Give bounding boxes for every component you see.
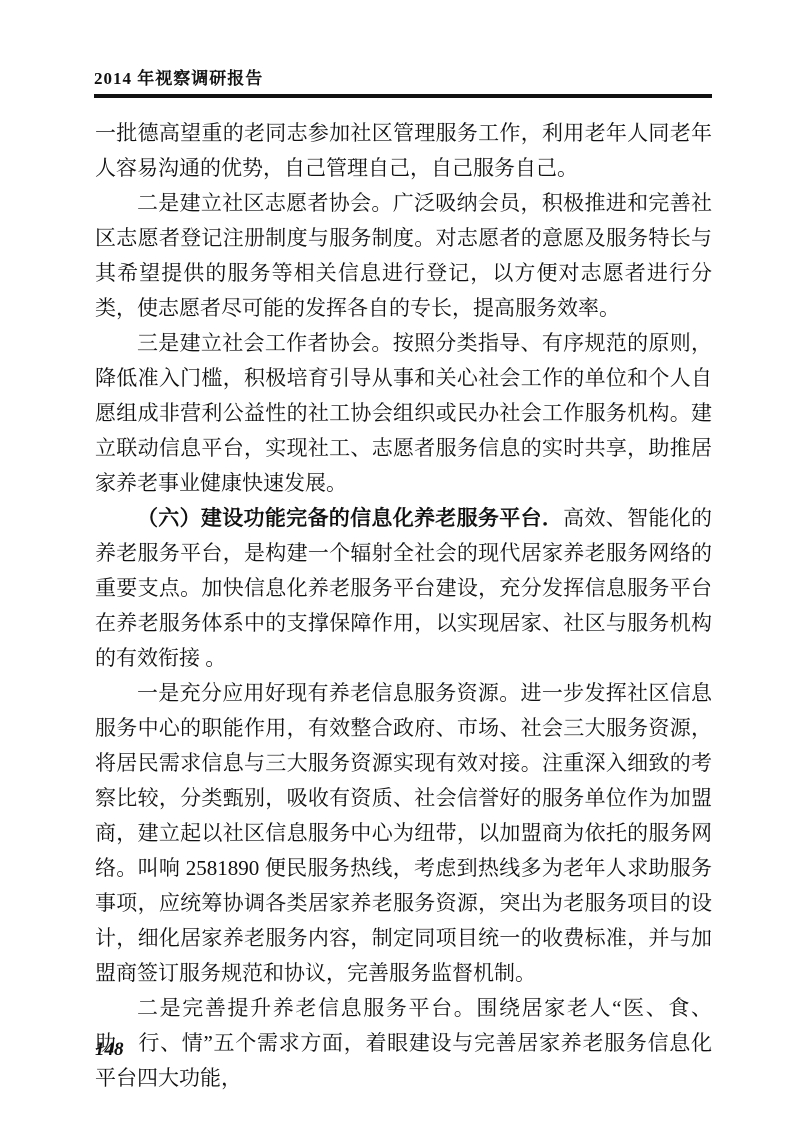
body-paragraph: （六）建设功能完备的信息化养老服务平台．高效、智能化的养老服务平台，是构建一个辐…	[95, 501, 712, 676]
body-paragraph: 一批德高望重的老同志参加社区管理服务工作，利用老年人同老年人容易沟通的优势，自己…	[95, 116, 712, 186]
header-title: 2014 年视察调研报告	[94, 64, 712, 89]
body-paragraph: 二是建立社区志愿者协会。广泛吸纳会员，积极推进和完善社区志愿者登记注册制度与服务…	[95, 186, 712, 326]
body-paragraph: 三是建立社会工作者协会。按照分类指导、有序规范的原则，降低准入门槛，积极培育引导…	[95, 326, 712, 501]
section-heading-following-text: 高效、智能化的养老服务平台，是构建一个辐射全社会的现代居家养老服务网络的重要支点…	[95, 506, 712, 670]
page-header: 2014 年视察调研报告	[94, 64, 712, 98]
header-rule-divider	[94, 94, 712, 98]
page-number: 148	[95, 1039, 124, 1061]
section-heading: （六）建设功能完备的信息化养老服务平台．	[137, 506, 563, 530]
body-text: 一批德高望重的老同志参加社区管理服务工作，利用老年人同老年人容易沟通的优势，自己…	[95, 116, 712, 1096]
body-paragraph: 一是充分应用好现有养老信息服务资源。进一步发挥社区信息服务中心的职能作用，有效整…	[95, 676, 712, 991]
document-page: 2014 年视察调研报告 一批德高望重的老同志参加社区管理服务工作，利用老年人同…	[0, 0, 803, 1133]
body-paragraph: 二是完善提升养老信息服务平台。围绕居家老人“医、食、助、行、情”五个需求方面，着…	[95, 991, 712, 1096]
